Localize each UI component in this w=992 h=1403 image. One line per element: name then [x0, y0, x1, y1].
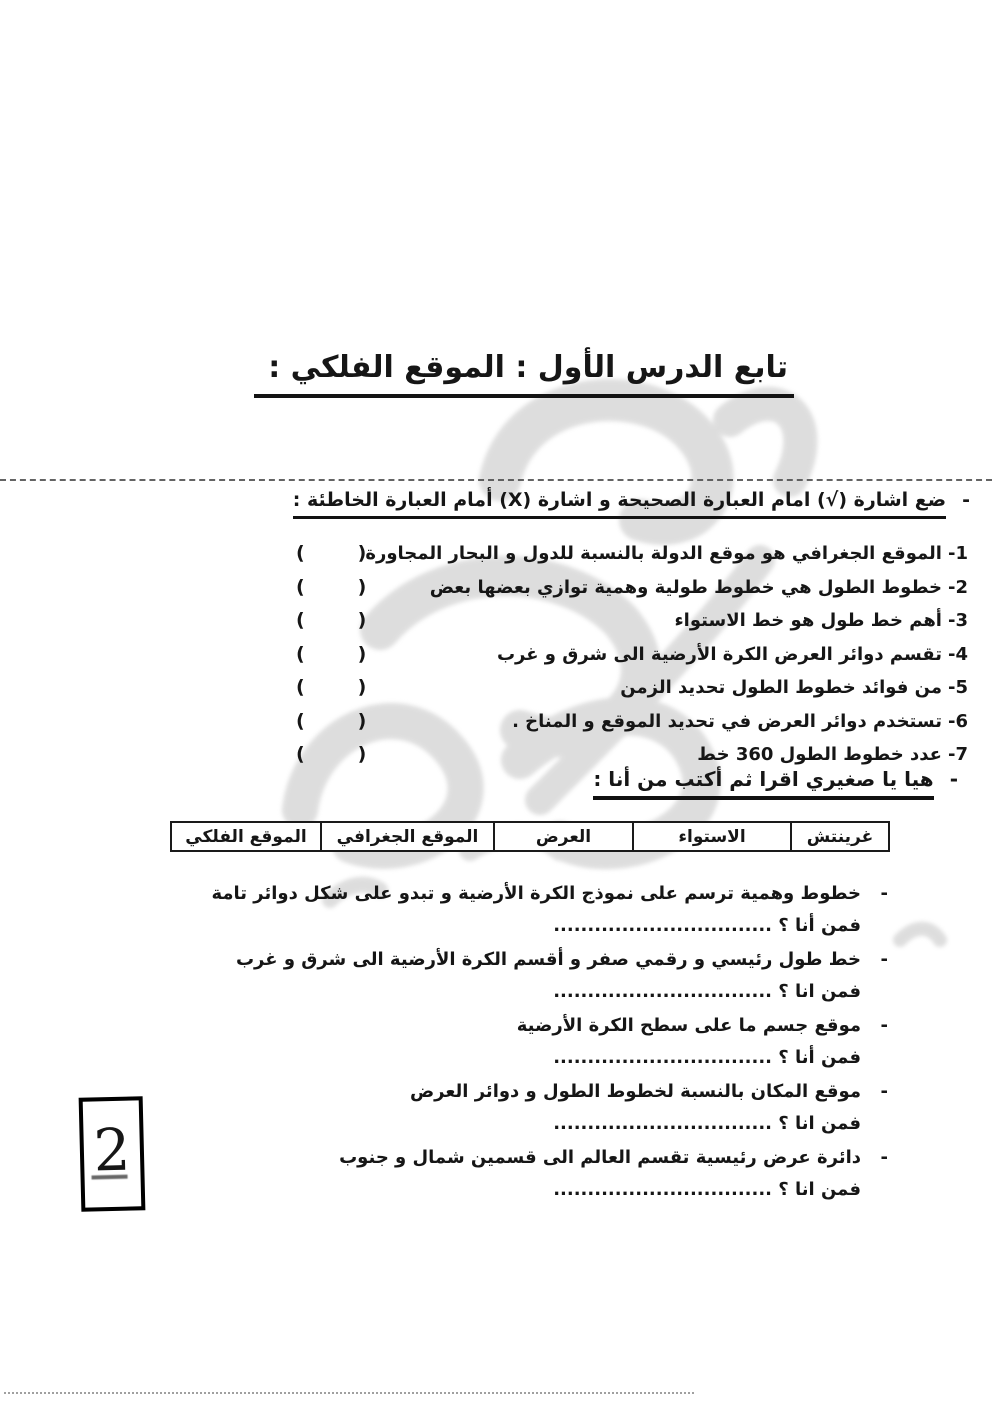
item-number: 3- [948, 610, 968, 631]
item-number: 1- [948, 543, 968, 564]
who-am-i-heading: -هيا يا صغيري اقرا ثم أكتب من أنا : [593, 767, 958, 791]
answer-blank[interactable]: فمن انا ؟ ..............................… [410, 1107, 861, 1140]
word-bank-cell: الموقع الفلكي [172, 823, 320, 850]
item-number: 6- [948, 711, 968, 732]
item-text: خطوط الطول هي خطوط طولية وهمية توازي بعض… [430, 577, 942, 598]
true-false-item: 6-تستخدم دوائر العرض في تحديد الموقع و ا… [0, 705, 968, 739]
bullet-dash: - [874, 878, 888, 942]
page-number-box: 2 [79, 1096, 146, 1212]
item-number: 2- [948, 577, 968, 598]
item-text: الموقع الجغرافي هو موقع الدولة بالنسبة ل… [365, 543, 942, 564]
word-bank-cell: غرينتش [790, 823, 888, 850]
true-false-instruction-text: ضع اشارة (√) امام العبارة الصحيحة و اشار… [293, 489, 946, 519]
page-title: تابع الدرس الأول : الموقع الفلكي : [254, 350, 794, 398]
answer-slot[interactable]: ( ) [296, 537, 366, 571]
bullet-dash: - [874, 944, 888, 1008]
word-bank-cell: الاستواء [632, 823, 790, 850]
true-false-item: 3-أهم خط طول هو خط الاستواء ( ) [0, 604, 968, 638]
item-number: 5- [948, 677, 968, 698]
who-am-i-item: - خطوط وهمية ترسم على نموذج الكرة الأرضي… [88, 878, 888, 942]
clue-text: موقع المكان بالنسبة لخطوط الطول و دوائر … [410, 1076, 861, 1107]
clue-text: خطوط وهمية ترسم على نموذج الكرة الأرضية … [211, 878, 861, 909]
true-false-list: 1-الموقع الجغرافي هو موقع الدولة بالنسبة… [0, 537, 968, 772]
item-number: 7- [948, 744, 968, 765]
who-am-i-list: - خطوط وهمية ترسم على نموذج الكرة الأرضي… [88, 878, 888, 1208]
true-false-item: 5-من فوائد خطوط الطول تحديد الزمن ( ) [0, 671, 968, 705]
answer-slot[interactable]: ( ) [296, 638, 366, 672]
bullet-dash: - [874, 1076, 888, 1140]
item-text: أهم خط طول هو خط الاستواء [674, 610, 942, 631]
answer-blank[interactable]: فمن انا ؟ ..............................… [339, 1173, 861, 1206]
word-bank-cell: الموقع الجغرافي [320, 823, 493, 850]
bullet-dash: - [950, 767, 958, 791]
worksheet-page: تابع الدرس الأول : الموقع الفلكي : -ضع ا… [0, 0, 992, 1403]
clue-text: خط طول رئيسي و رقمي صفر و أقسم الكرة الأ… [236, 944, 861, 975]
word-bank-cell: العرض [493, 823, 632, 850]
who-am-i-item: - موقع جسم ما على سطح الكرة الأرضية فمن … [88, 1010, 888, 1074]
item-text: من فوائد خطوط الطول تحديد الزمن [620, 677, 942, 698]
true-false-instruction: -ضع اشارة (√) امام العبارة الصحيحة و اشا… [293, 489, 970, 511]
answer-slot[interactable]: ( ) [296, 571, 366, 605]
scan-artifact-line [4, 1392, 694, 1394]
true-false-item: 1-الموقع الجغرافي هو موقع الدولة بالنسبة… [0, 537, 968, 571]
who-am-i-item: - موقع المكان بالنسبة لخطوط الطول و دوائ… [88, 1076, 888, 1140]
answer-slot[interactable]: ( ) [296, 671, 366, 705]
answer-slot[interactable]: ( ) [296, 705, 366, 739]
word-bank-table: غرينتش الاستواء العرض الموقع الجغرافي ال… [170, 821, 890, 852]
item-text: تقسم دوائر العرض الكرة الأرضية الى شرق و… [497, 644, 942, 665]
page-number: 2 [93, 1121, 131, 1180]
item-text: تستخدم دوائر العرض في تحديد الموقع و الم… [512, 711, 942, 732]
item-number: 4- [948, 644, 968, 665]
dashed-divider [0, 479, 992, 481]
bullet-dash: - [874, 1010, 888, 1074]
answer-blank[interactable]: فمن انا ؟ ..............................… [236, 975, 861, 1008]
who-am-i-heading-text: هيا يا صغيري اقرا ثم أكتب من أنا : [593, 767, 933, 800]
bullet-dash: - [962, 489, 970, 511]
who-am-i-item: - دائرة عرض رئيسية تقسم العالم الى قسمين… [88, 1142, 888, 1206]
clue-text: دائرة عرض رئيسية تقسم العالم الى قسمين ش… [339, 1142, 861, 1173]
answer-blank[interactable]: فمن أنا ؟ ..............................… [517, 1041, 861, 1074]
true-false-item: 2-خطوط الطول هي خطوط طولية وهمية توازي ب… [0, 571, 968, 605]
who-am-i-item: - خط طول رئيسي و رقمي صفر و أقسم الكرة ا… [88, 944, 888, 1008]
answer-slot[interactable]: ( ) [296, 738, 366, 772]
answer-slot[interactable]: ( ) [296, 604, 366, 638]
bullet-dash: - [874, 1142, 888, 1206]
answer-blank[interactable]: فمن أنا ؟ ..............................… [211, 909, 861, 942]
true-false-item: 4-تقسم دوائر العرض الكرة الأرضية الى شرق… [0, 638, 968, 672]
clue-text: موقع جسم ما على سطح الكرة الأرضية [517, 1010, 861, 1041]
item-text: عدد خطوط الطول 360 خط [697, 744, 942, 765]
